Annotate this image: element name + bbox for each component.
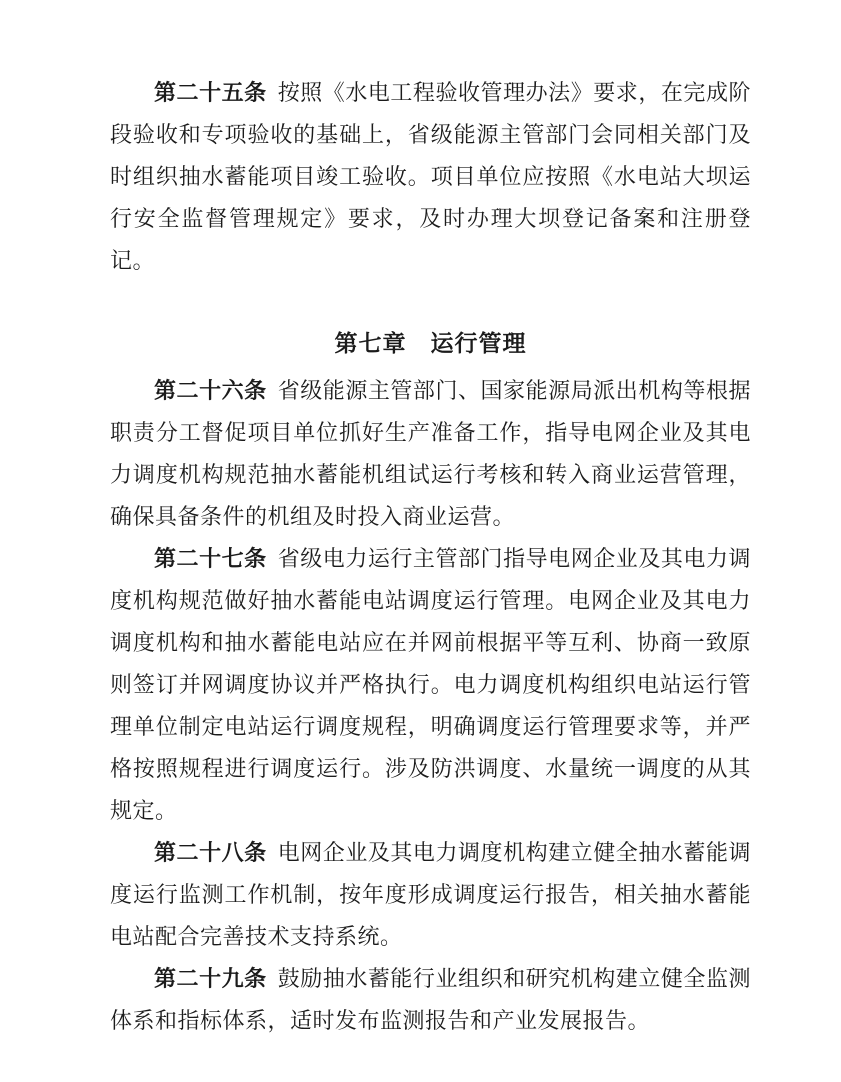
- document-page: 第二十五条按照《水电工程验收管理办法》要求，在完成阶段验收和专项验收的基础上，省…: [0, 0, 841, 1082]
- article-number-27: 第二十七条: [154, 546, 267, 571]
- chapter-heading: 第七章 运行管理: [110, 322, 751, 364]
- article-paragraph-26: 第二十六条省级能源主管部门、国家能源局派出机构等根据职责分工督促项目单位抓好生产…: [110, 370, 751, 538]
- article-number-25: 第二十五条: [154, 80, 267, 105]
- article-text-27: 省级电力运行主管部门指导电网企业及其电力调度机构规范做好抽水蓄能电站调度运行管理…: [110, 546, 751, 823]
- article-number-29: 第二十九条: [154, 966, 267, 991]
- article-paragraph-25: 第二十五条按照《水电工程验收管理办法》要求，在完成阶段验收和专项验收的基础上，省…: [110, 72, 751, 282]
- article-text-25: 按照《水电工程验收管理办法》要求，在完成阶段验收和专项验收的基础上，省级能源主管…: [110, 80, 751, 273]
- document-content: 第二十五条按照《水电工程验收管理办法》要求，在完成阶段验收和专项验收的基础上，省…: [110, 72, 751, 1042]
- article-number-26: 第二十六条: [154, 378, 267, 403]
- article-paragraph-29: 第二十九条鼓励抽水蓄能行业组织和研究机构建立健全监测体系和指标体系，适时发布监测…: [110, 958, 751, 1042]
- article-number-28: 第二十八条: [154, 840, 267, 865]
- article-paragraph-27: 第二十七条省级电力运行主管部门指导电网企业及其电力调度机构规范做好抽水蓄能电站调…: [110, 538, 751, 832]
- article-paragraph-28: 第二十八条电网企业及其电力调度机构建立健全抽水蓄能调度运行监测工作机制，按年度形…: [110, 832, 751, 958]
